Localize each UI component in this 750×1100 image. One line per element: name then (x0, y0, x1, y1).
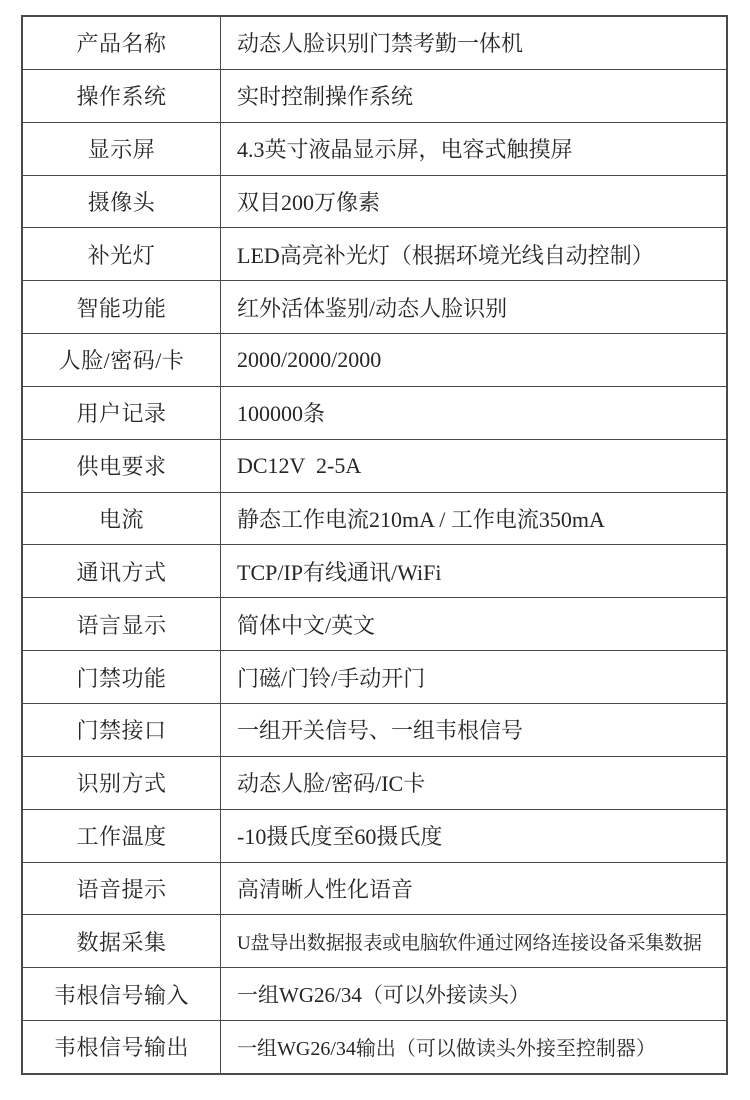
spec-value: 100000条 (221, 387, 726, 439)
spec-value: 2000/2000/2000 (221, 334, 726, 386)
spec-value: 红外活体鉴别/动态人脸识别 (221, 281, 726, 333)
spec-label: 韦根信号输入 (23, 968, 221, 1020)
spec-value: 一组WG26/34（可以外接读头） (221, 968, 726, 1020)
table-row-communication: 通讯方式 TCP/IP有线通讯/WiFi (23, 545, 726, 598)
spec-value: 简体中文/英文 (221, 598, 726, 650)
spec-label: 语言显示 (23, 598, 221, 650)
spec-value: 高清晰人性化语音 (221, 863, 726, 915)
table-row-current: 电流 静态工作电流210mA / 工作电流350mA (23, 493, 726, 546)
spec-label: 通讯方式 (23, 545, 221, 597)
spec-label: 供电要求 (23, 440, 221, 492)
spec-label: 电流 (23, 493, 221, 545)
table-row-wiegand-output: 韦根信号输出 一组WG26/34输出（可以做读头外接至控制器） (23, 1021, 726, 1073)
table-row-access-interface: 门禁接口 一组开关信号、一组韦根信号 (23, 704, 726, 757)
spec-value: 双目200万像素 (221, 176, 726, 228)
table-row-working-temperature: 工作温度 -10摄氏度至60摄氏度 (23, 810, 726, 863)
spec-value: 动态人脸/密码/IC卡 (221, 757, 726, 809)
spec-value: LED高亮补光灯（根据环境光线自动控制） (221, 228, 726, 280)
spec-label: 显示屏 (23, 123, 221, 175)
spec-label: 操作系统 (23, 70, 221, 122)
product-spec-table: 产品名称 动态人脸识别门禁考勤一体机 操作系统 实时控制操作系统 显示屏 4.3… (21, 15, 728, 1075)
spec-value: 静态工作电流210mA / 工作电流350mA (221, 493, 726, 545)
spec-value: -10摄氏度至60摄氏度 (221, 810, 726, 862)
spec-label: 门禁接口 (23, 704, 221, 756)
spec-label: 门禁功能 (23, 651, 221, 703)
spec-value: 门磁/门铃/手动开门 (221, 651, 726, 703)
spec-label: 摄像头 (23, 176, 221, 228)
table-row-os: 操作系统 实时控制操作系统 (23, 70, 726, 123)
spec-label: 语音提示 (23, 863, 221, 915)
spec-value: 动态人脸识别门禁考勤一体机 (221, 17, 726, 69)
table-row-language: 语言显示 简体中文/英文 (23, 598, 726, 651)
spec-value: 一组WG26/34输出（可以做读头外接至控制器） (221, 1021, 726, 1073)
table-row-user-records: 用户记录 100000条 (23, 387, 726, 440)
spec-label: 识别方式 (23, 757, 221, 809)
table-row-recognition-method: 识别方式 动态人脸/密码/IC卡 (23, 757, 726, 810)
spec-label: 韦根信号输出 (23, 1021, 221, 1073)
table-row-camera: 摄像头 双目200万像素 (23, 176, 726, 229)
spec-value: 实时控制操作系统 (221, 70, 726, 122)
table-row-wiegand-input: 韦根信号输入 一组WG26/34（可以外接读头） (23, 968, 726, 1021)
spec-label: 用户记录 (23, 387, 221, 439)
spec-value: 4.3英寸液晶显示屏，电容式触摸屏 (221, 123, 726, 175)
table-row-access-functions: 门禁功能 门磁/门铃/手动开门 (23, 651, 726, 704)
spec-label: 智能功能 (23, 281, 221, 333)
spec-label: 补光灯 (23, 228, 221, 280)
table-row-product-name: 产品名称 动态人脸识别门禁考勤一体机 (23, 17, 726, 70)
table-row-data-collection: 数据采集 U盘导出数据报表或电脑软件通过网络连接设备采集数据 (23, 915, 726, 968)
table-row-fill-light: 补光灯 LED高亮补光灯（根据环境光线自动控制） (23, 228, 726, 281)
table-row-smart-functions: 智能功能 红外活体鉴别/动态人脸识别 (23, 281, 726, 334)
spec-value: TCP/IP有线通讯/WiFi (221, 545, 726, 597)
spec-value: DC12V 2-5A (221, 440, 726, 492)
table-row-voice-prompt: 语音提示 高清晰人性化语音 (23, 863, 726, 916)
spec-label: 数据采集 (23, 915, 221, 967)
table-row-display: 显示屏 4.3英寸液晶显示屏，电容式触摸屏 (23, 123, 726, 176)
table-row-power-requirement: 供电要求 DC12V 2-5A (23, 440, 726, 493)
table-row-face-password-card: 人脸/密码/卡 2000/2000/2000 (23, 334, 726, 387)
spec-label: 产品名称 (23, 17, 221, 69)
spec-value: U盘导出数据报表或电脑软件通过网络连接设备采集数据 (221, 915, 726, 967)
spec-label: 人脸/密码/卡 (23, 334, 221, 386)
spec-value: 一组开关信号、一组韦根信号 (221, 704, 726, 756)
spec-label: 工作温度 (23, 810, 221, 862)
